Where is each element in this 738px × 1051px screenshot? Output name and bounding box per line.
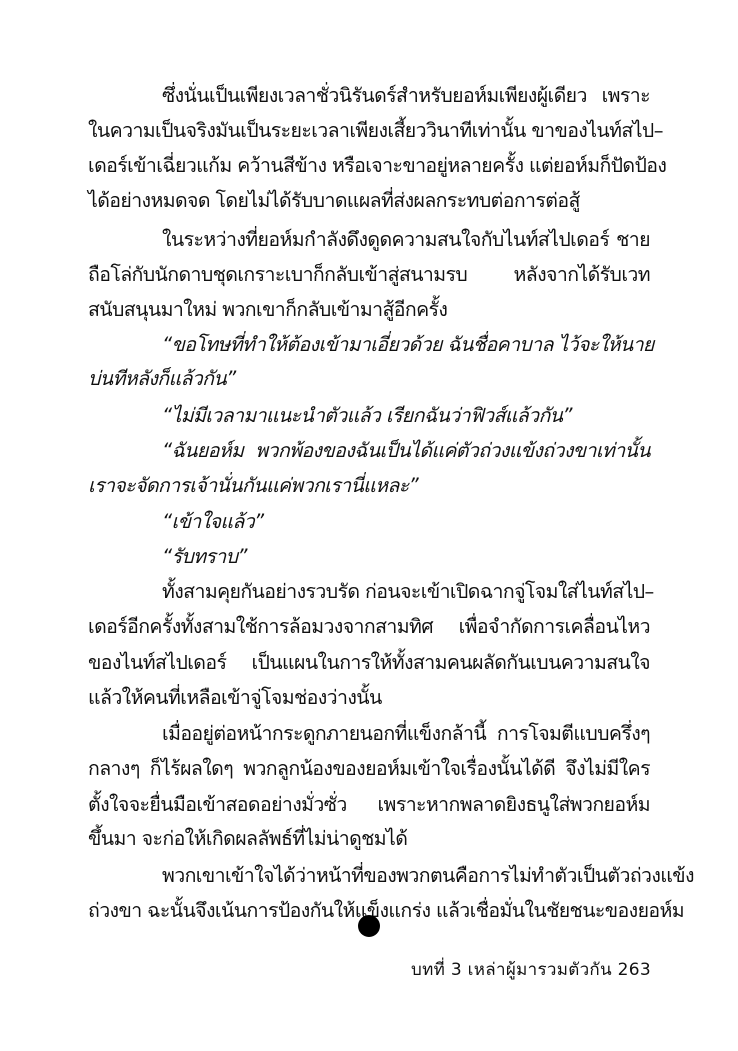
dialogue-line: “เข้าใจแล้ว” [162,504,650,540]
text-line: ได้อย่างหมดจด โดยไม่ได้รับบาดแผลที่ส่งผล… [88,183,650,219]
dialogue-line: “รับทราบ” [162,539,650,575]
text-line: เมื่ออยู่ต่อหน้ากระดูกภายนอกที่แข็งกล้าน… [162,716,650,752]
footer-running-header: บทที่ 3 เหล่าผู้มารวมตัวกัน 263 [411,960,651,980]
text-line: ทั้งสามคุยกันอย่างรวบรัด ก่อนจะเข้าเปิดฉ… [162,574,650,610]
text-line: สนับสนุนมาใหม่ พวกเขาก็กลับเข้ามาสู้อีกค… [88,292,650,328]
dialogue-line: เราจะจัดการเจ้านั่นกันแค่พวกเรานี่แหละ” [88,468,650,504]
text-line: เดอร์อีกครั้งทั้งสามใช้การล้อมวงจากสามทิ… [88,609,650,645]
text-line: พวกเขาเข้าใจได้ว่าหน้าที่ของพวกตนคือการไ… [162,858,650,894]
text-line: ขึ้นมา จะก่อให้เกิดผลลัพธ์ที่ไม่น่าดูชมไ… [88,821,650,857]
dialogue-line: “ไม่มีเวลามาแนะนำตัวแล้ว เรียกฉันว่าฟิวส… [162,398,650,434]
bullet-dot-icon [358,915,380,937]
text-line: ในความเป็นจริงมันเป็นระยะเวลาเพียงเสี้ยว… [88,113,650,149]
text-line: ตั้งใจจะยื่นมือเข้าสอดอย่างมั่วซั่ว เพรา… [88,787,650,823]
text-line: เดอร์เข้าเฉี่ยวแก้ม คว้านสีข้าง หรือเจาะ… [88,148,650,184]
text-line: แล้วให้คนที่เหลือเข้าจู่โจมช่องว่างนั้น [88,680,650,716]
text-line: ของไนท์สไปเดอร์ เป็นแผนในการให้ทั้งสามคน… [88,645,650,681]
text-line: ถือโล่กับนักดาบชุดเกราะเบาก็กลับเข้าสู่ส… [88,257,650,293]
page-footer: บทที่ 3 เหล่าผู้มารวมตัวกัน 263 [411,955,651,985]
dialogue-line: บ่นทีหลังก็แล้วกัน” [88,361,650,397]
text-line: ซึ่งนั่นเป็นเพียงเวลาชั่วนิรันดร์สำหรับย… [162,78,650,114]
text-line: กลางๆ ก็ไร้ผลใดๆ พวกลูกน้องของยอห์มเข้าใ… [88,751,650,787]
text-line: ในระหว่างที่ยอห์มกำลังดึงดูดความสนใจกับไ… [162,222,650,258]
dialogue-line: “ฉันยอห์ม พวกพ้องของฉันเป็นได้แค่ตัวถ่วง… [162,433,650,469]
book-page: ซึ่งนั่นเป็นเพียงเวลาชั่วนิรันดร์สำหรับย… [0,0,738,1051]
dialogue-line: “ขอโทษที่ทำให้ต้องเข้ามาเอี่ยวด้วย ฉันชื… [162,327,650,363]
